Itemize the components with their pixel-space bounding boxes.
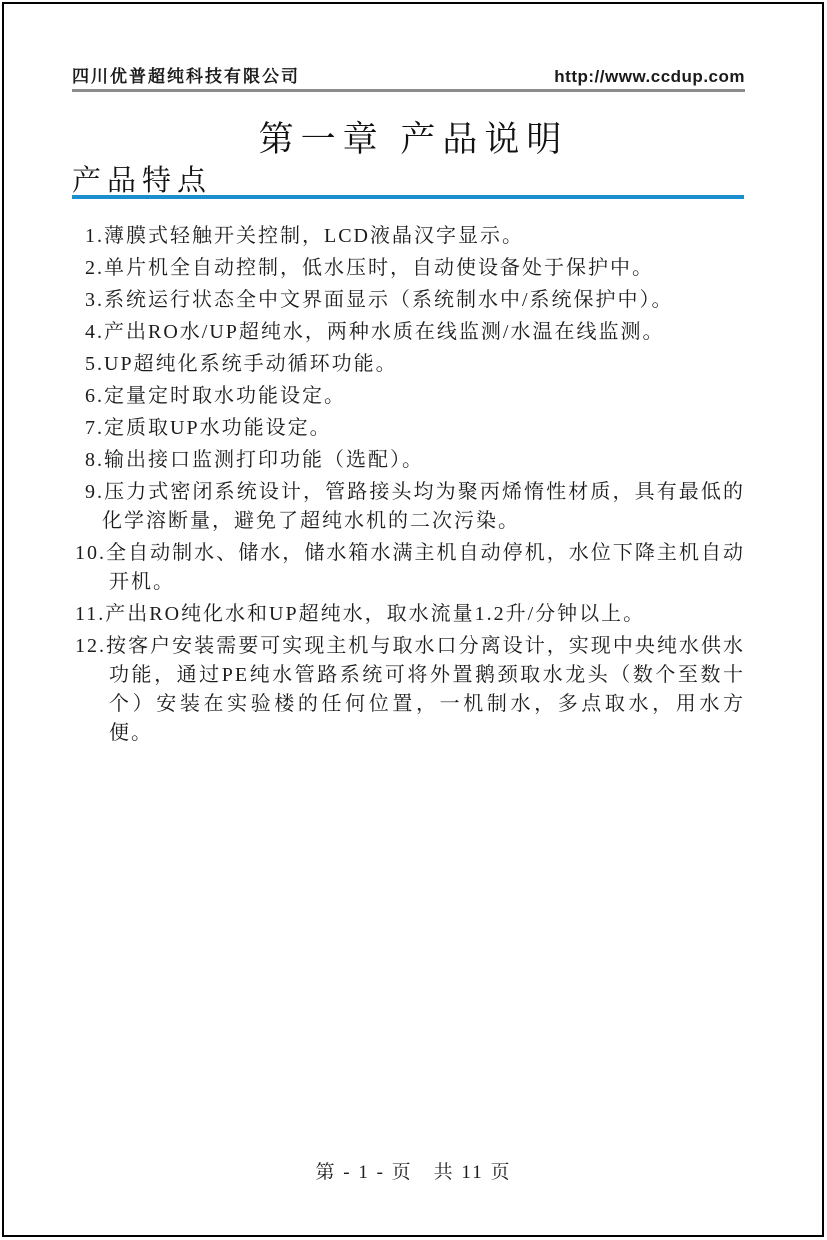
feature-number: 12. <box>75 635 106 657</box>
section-heading: 产品特点 <box>72 158 212 199</box>
feature-number: 2. <box>85 257 104 279</box>
website-url: http://www.ccdup.com <box>554 67 745 87</box>
feature-text: 按客户安装需要可实现主机与取水口分离设计，实现中央纯水供水功能，通过PE纯水管路… <box>106 635 745 744</box>
feature-number: 4. <box>85 321 104 343</box>
feature-text: 定质取UP水功能设定。 <box>104 417 332 439</box>
header-divider <box>72 89 745 92</box>
feature-item-1: 1.薄膜式轻触开关控制，LCD液晶汉字显示。 <box>72 222 745 251</box>
feature-text: 定量定时取水功能设定。 <box>104 385 346 407</box>
feature-number: 1. <box>85 225 104 247</box>
feature-item-8: 8.输出接口监测打印功能（选配）。 <box>72 446 745 475</box>
feature-number: 5. <box>85 353 104 375</box>
feature-text: 产出RO水/UP超纯水，两种水质在线监测/水温在线监测。 <box>104 321 664 343</box>
feature-text: 单片机全自动控制，低水压时，自动使设备处于保护中。 <box>104 257 654 279</box>
page-header: 四川优普超纯科技有限公司 http://www.ccdup.com <box>72 62 745 87</box>
page-number-footer: 第 - 1 - 页 共 11 页 <box>0 1157 827 1184</box>
feature-text: 输出接口监测打印功能（选配）。 <box>104 449 424 471</box>
feature-text: 全自动制水、储水，储水箱水满主机自动停机，水位下降主机自动开机。 <box>106 542 745 593</box>
feature-item-10: 10.全自动制水、储水，储水箱水满主机自动停机，水位下降主机自动开机。 <box>72 539 745 597</box>
feature-item-6: 6.定量定时取水功能设定。 <box>72 382 745 411</box>
feature-number: 11. <box>75 603 105 625</box>
manual-page: 四川优普超纯科技有限公司 http://www.ccdup.com 第一章 产品… <box>0 0 827 1240</box>
feature-item-4: 4.产出RO水/UP超纯水，两种水质在线监测/水温在线监测。 <box>72 318 745 347</box>
feature-item-12: 12.按客户安装需要可实现主机与取水口分离设计，实现中央纯水供水功能，通过PE纯… <box>72 632 745 748</box>
feature-text: 薄膜式轻触开关控制，LCD液晶汉字显示。 <box>104 225 524 247</box>
feature-item-7: 7.定质取UP水功能设定。 <box>72 414 745 443</box>
feature-list: 1.薄膜式轻触开关控制，LCD液晶汉字显示。 2.单片机全自动控制，低水压时，自… <box>72 222 745 751</box>
feature-number: 6. <box>85 385 104 407</box>
chapter-title: 第一章 产品说明 <box>0 112 827 162</box>
feature-text: 压力式密闭系统设计，管路接头均为聚丙烯惰性材质，具有最低的化学溶断量，避免了超纯… <box>102 481 745 532</box>
feature-item-11: 11.产出RO纯化水和UP超纯水，取水流量1.2升/分钟以上。 <box>72 600 745 629</box>
section-accent-rule <box>72 195 744 199</box>
feature-number: 10. <box>75 542 106 564</box>
feature-item-5: 5.UP超纯化系统手动循环功能。 <box>72 350 745 379</box>
feature-text: 产出RO纯化水和UP超纯水，取水流量1.2升/分钟以上。 <box>105 603 645 625</box>
feature-number: 8. <box>85 449 104 471</box>
feature-item-3: 3.系统运行状态全中文界面显示（系统制水中/系统保护中）。 <box>72 286 745 315</box>
feature-text: UP超纯化系统手动循环功能。 <box>104 353 398 375</box>
feature-number: 7. <box>85 417 104 439</box>
company-name: 四川优普超纯科技有限公司 <box>72 62 300 87</box>
feature-number: 3. <box>85 289 104 311</box>
feature-item-9: 9.压力式密闭系统设计，管路接头均为聚丙烯惰性材质，具有最低的化学溶断量，避免了… <box>72 478 745 536</box>
feature-number: 9. <box>85 481 104 503</box>
feature-text: 系统运行状态全中文界面显示（系统制水中/系统保护中）。 <box>104 289 674 311</box>
feature-item-2: 2.单片机全自动控制，低水压时，自动使设备处于保护中。 <box>72 254 745 283</box>
